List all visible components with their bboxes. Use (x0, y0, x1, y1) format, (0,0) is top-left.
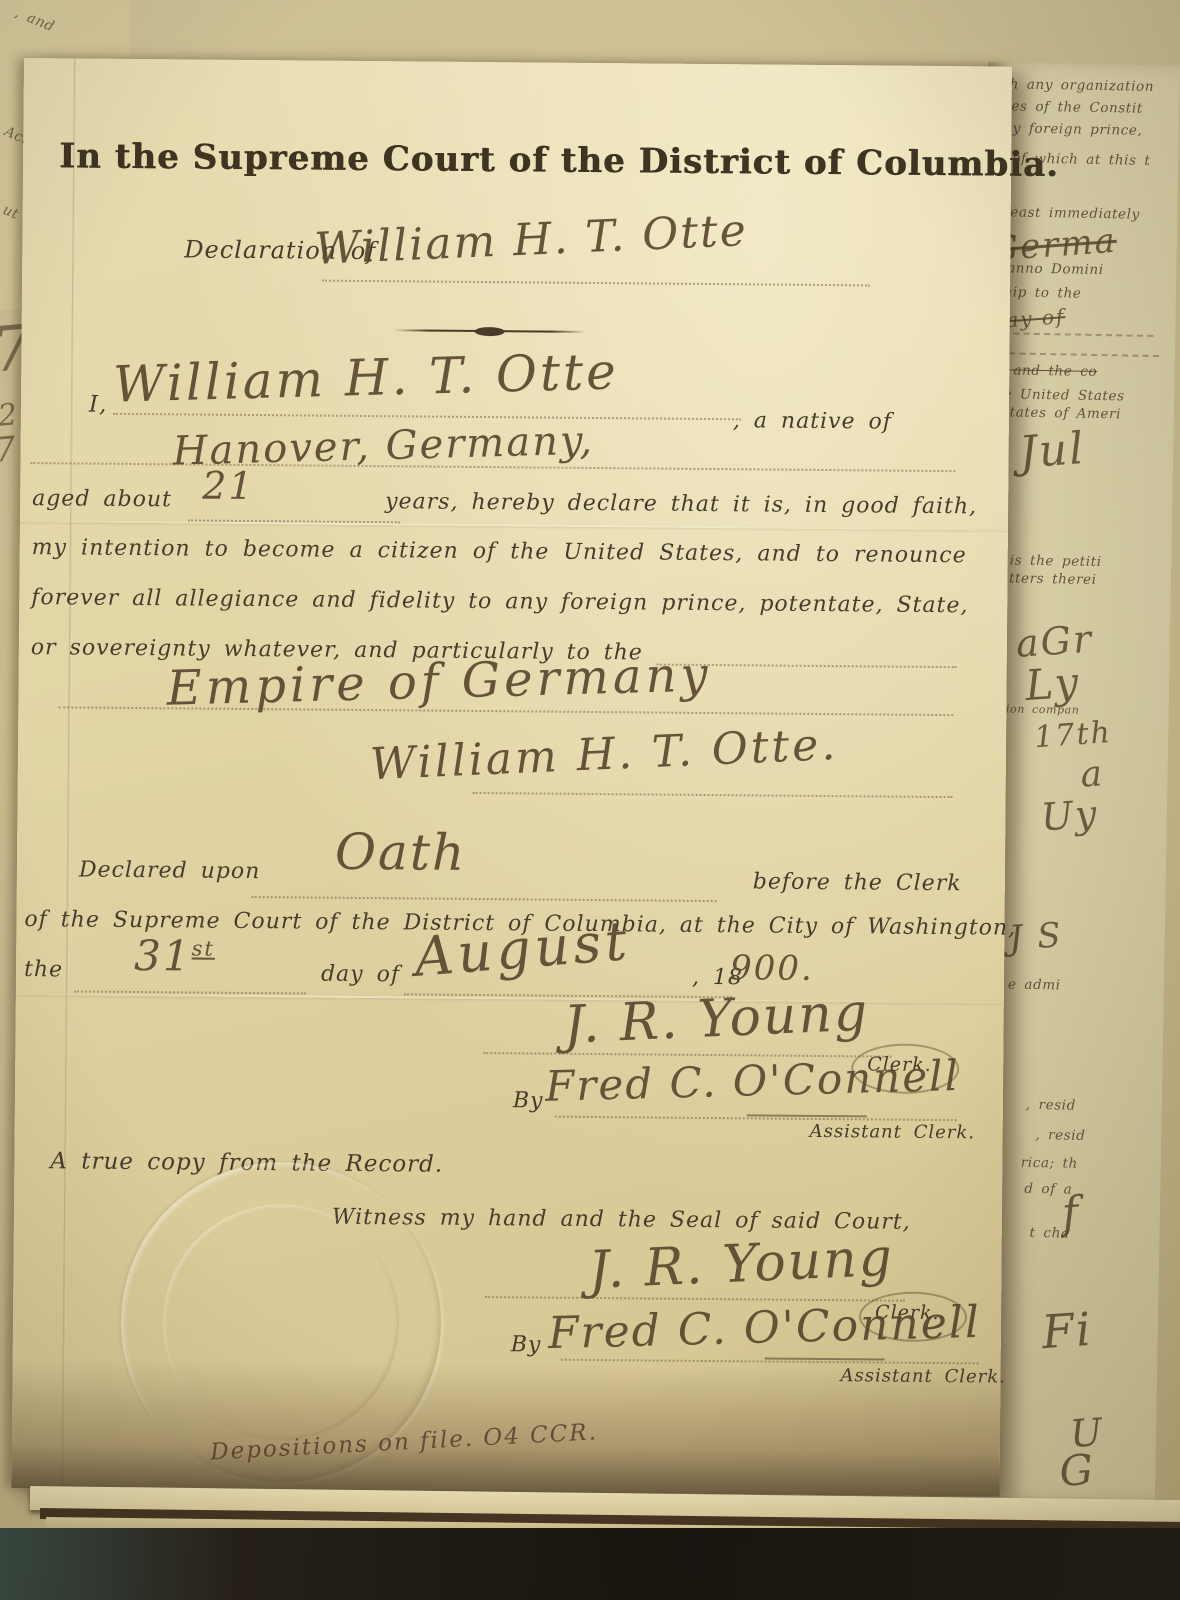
oath-handwritten: Oath (335, 823, 467, 882)
page-fragment: 7 (0, 429, 19, 471)
page-fragment: he United States (994, 386, 1125, 404)
table-surface (0, 1528, 1180, 1600)
court-title: In the Supreme Court of the District of … (59, 136, 869, 183)
day-of-label: day of (321, 962, 400, 988)
day-number: 31 (134, 931, 192, 980)
page-fragment: a (1079, 753, 1105, 796)
name-handwritten: William H. T. Otte (113, 342, 620, 413)
page-fragment: States of Ameri (1000, 404, 1121, 422)
age-line-rest: years, hereby declare that it is, in goo… (385, 489, 960, 519)
page-fragment: Jul (1018, 423, 1087, 478)
page-fragment: , resid (1026, 1097, 1076, 1114)
year-handwritten: 900. (730, 948, 814, 989)
assistant-signature-2: Fred C. O'Connell (547, 1297, 981, 1359)
page-fragment: G (1058, 1445, 1097, 1496)
aged-about-label: aged about (32, 486, 172, 512)
page-fold-crease (62, 58, 77, 1488)
horizontal-fold-line (20, 520, 1008, 531)
day-handwritten: 31st (134, 931, 215, 981)
allegiance-line: forever all allegiance and fidelity to a… (31, 585, 966, 618)
page-fragment: 17th (1033, 715, 1113, 755)
page-fragment: t cha (1029, 1225, 1069, 1242)
native-of-label: , a native of (733, 408, 892, 434)
declared-upon-label: Declared upon (79, 858, 261, 885)
age-handwritten: 21 (202, 464, 255, 508)
by-label-1: By (513, 1088, 544, 1113)
main-document-page: In the Supreme Court of the District of … (12, 58, 1012, 1497)
the-label: the (24, 957, 63, 982)
page-fragment: ples of the Constit (997, 98, 1143, 117)
page-fragment: least immediately (1005, 204, 1140, 222)
i-label: I, (89, 392, 108, 418)
dotted-line (113, 413, 741, 420)
clerk-signature-2: J. R. Young (587, 1228, 895, 1301)
page-fragment: 2 (0, 397, 21, 434)
page-fragment: any foreign prince, (995, 120, 1143, 139)
page-fragment: , and the co (1000, 362, 1097, 380)
page-fragment: th any organization (1003, 76, 1154, 95)
section-divider-rule (394, 329, 586, 333)
assistant-clerk-label-1: Assistant Clerk. (810, 1121, 976, 1143)
page-fragment: Fi (1040, 1302, 1094, 1359)
declarant-signature: William H. T. Otte. (369, 719, 839, 790)
page-fragment: , anno Domini (994, 260, 1104, 278)
page-fragment: , resid (1035, 1127, 1085, 1144)
dotted-line (473, 792, 953, 798)
page-fragment (999, 352, 1159, 357)
declarant-name-handwritten: William H. T. Otte (314, 205, 749, 275)
dotted-line (252, 896, 717, 902)
clerk-signature-1: J. R. Young (562, 982, 870, 1055)
dotted-line (555, 1116, 957, 1122)
page-fragment: Uy (1039, 792, 1099, 840)
page-fragment: rica; th (1021, 1155, 1078, 1172)
page-fragment: e admi (1008, 976, 1061, 993)
by-label-2: By (511, 1332, 542, 1357)
dotted-line (322, 280, 870, 287)
before-clerk-label: before the Clerk (753, 869, 962, 896)
assistant-signature-1: Fred C. O'Connell (545, 1051, 961, 1111)
intention-line: my intention to become a citizen of the … (32, 535, 967, 568)
page-fragment (1013, 332, 1153, 336)
day-suffix: st (192, 936, 215, 960)
page-fragment: e is the petiti (993, 552, 1102, 570)
